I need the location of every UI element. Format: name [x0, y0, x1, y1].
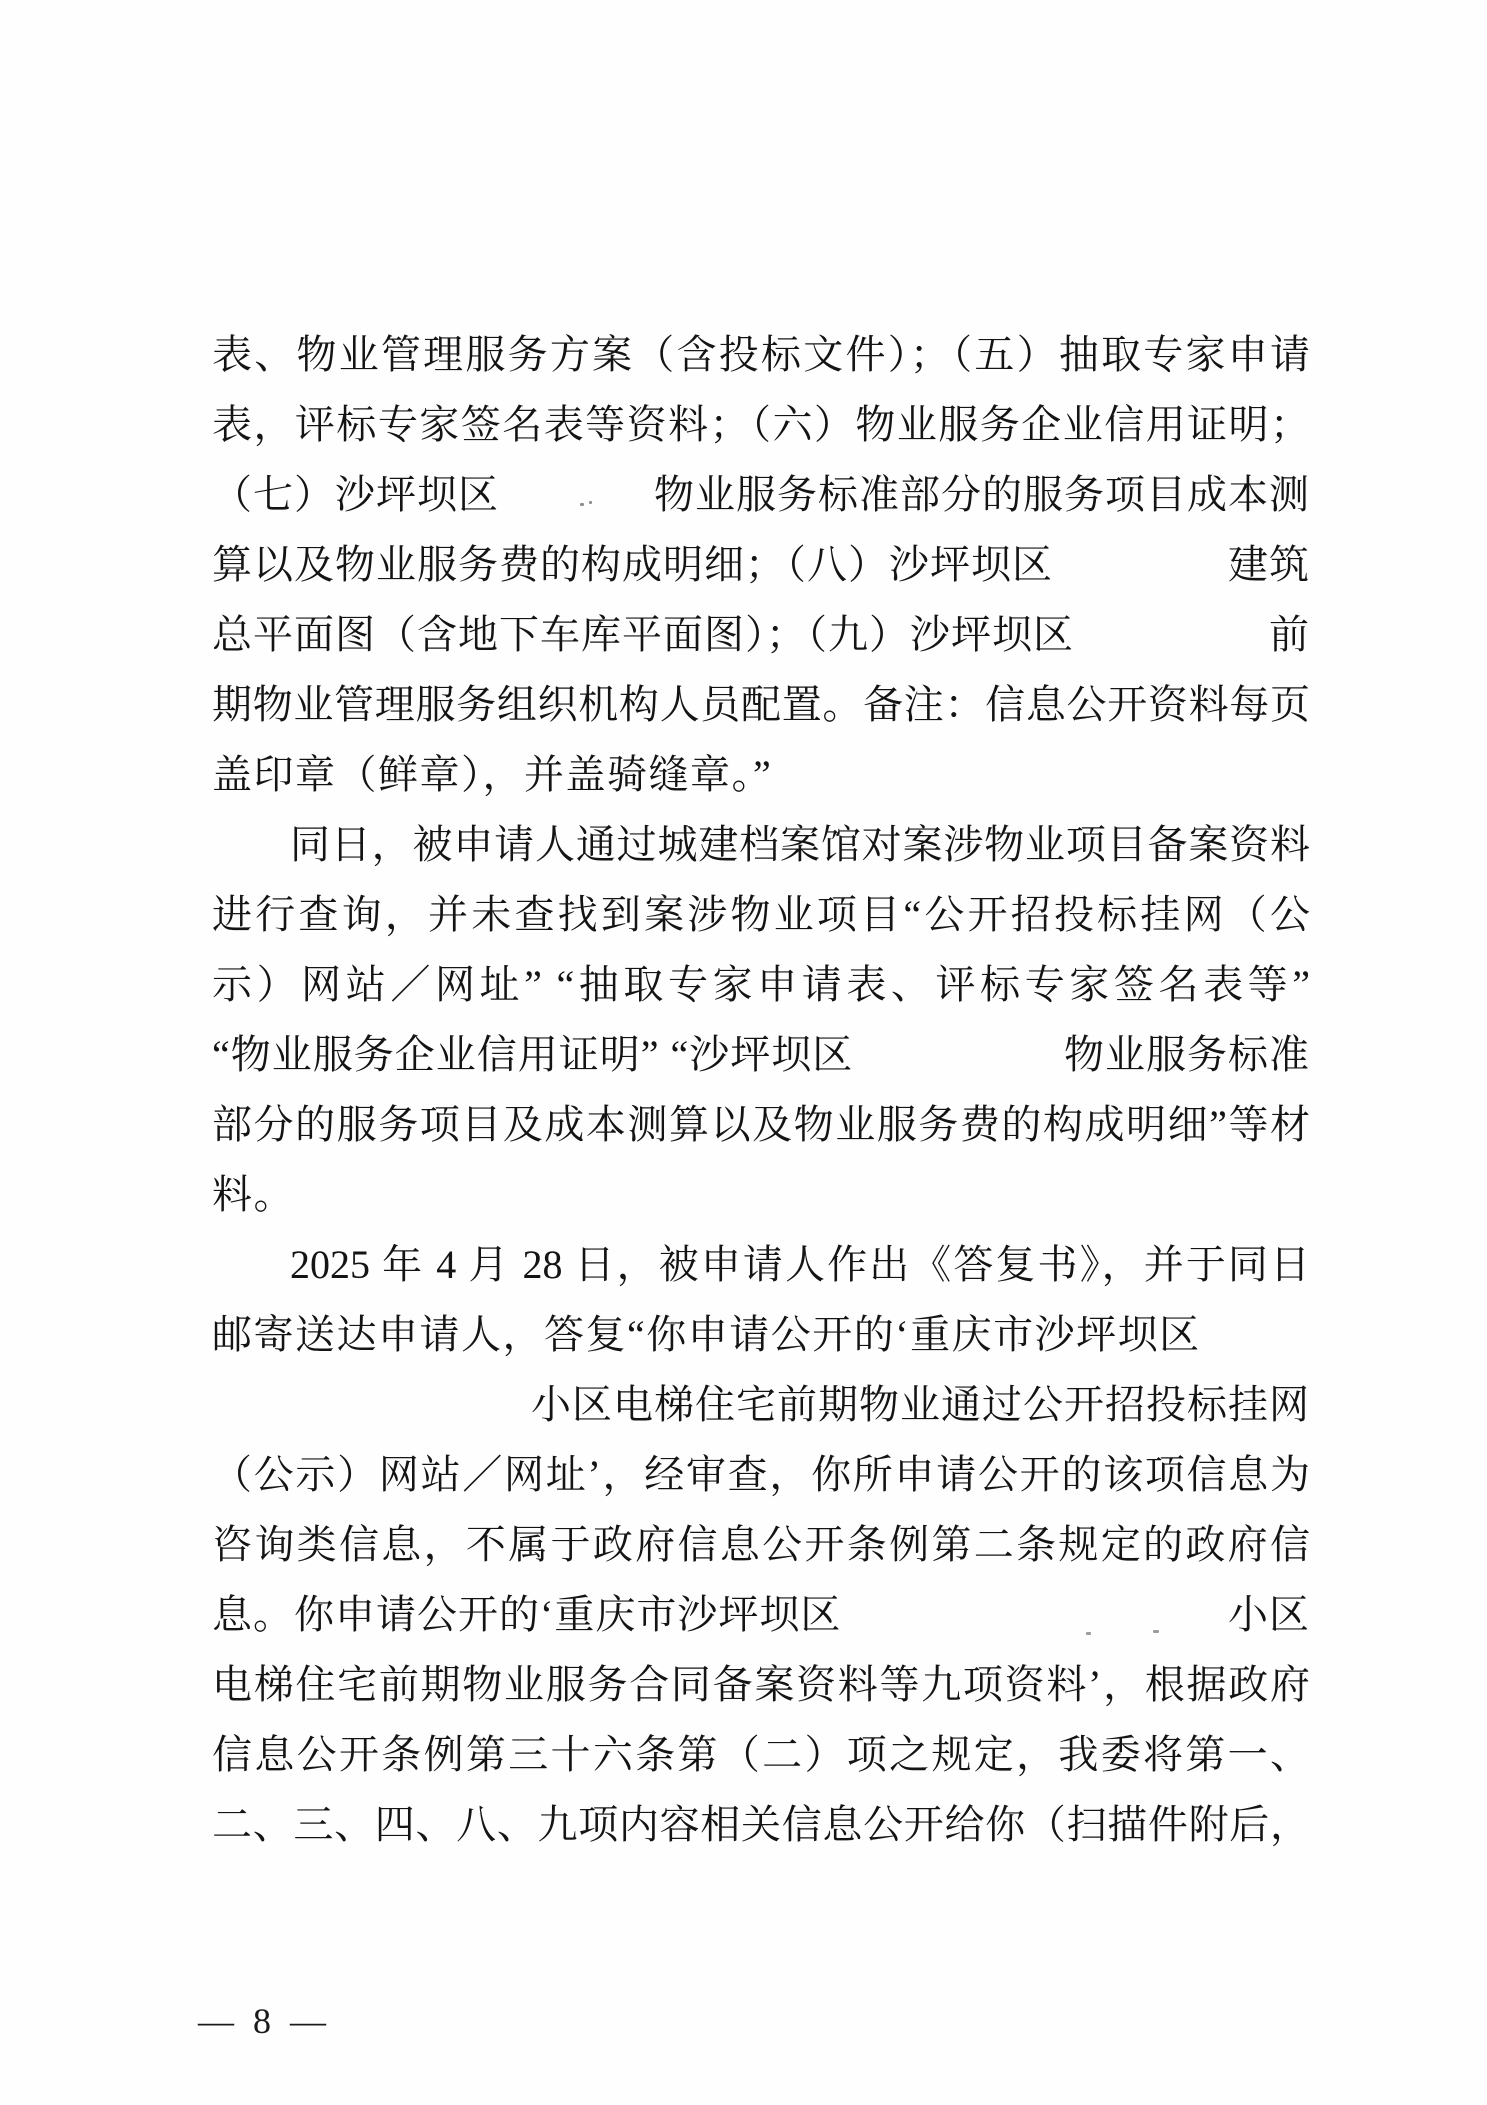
- document-line: 示）网站／网址” “抽取专家申请表、评标专家签名表等”: [212, 950, 1310, 1020]
- page-number: — 8 —: [198, 2000, 331, 2042]
- scan-artifact: [1153, 1630, 1159, 1633]
- document-line: 电梯住宅前期物业服务合同备案资料等九项资料’，根据政府: [212, 1650, 1310, 1720]
- document-line-paragraph-start: 同日，被申请人通过城建档案馆对案涉物业项目备案资料: [212, 810, 1310, 880]
- document-line: 料。: [212, 1160, 1310, 1230]
- document-line-redacted: 算以及物业服务费的构成明细；（八）沙坪坝区 建筑: [212, 530, 1310, 600]
- scan-artifact: [580, 503, 584, 506]
- document-line-redacted: “物业服务企业信用证明” “沙坪坝区 物业服务标准: [212, 1020, 1310, 1090]
- document-page: 表、物业管理服务方案（含投标文件）；（五）抽取专家申请 表，评标专家签名表等资料…: [0, 0, 1487, 2105]
- document-line: 表，评标专家签名表等资料；（六）物业服务企业信用证明；: [212, 390, 1310, 460]
- line-left-segment: （七）沙坪坝区: [212, 460, 499, 530]
- document-line-redacted: 小区电梯住宅前期物业通过公开招投标挂网: [212, 1370, 1310, 1440]
- document-body: 表、物业管理服务方案（含投标文件）；（五）抽取专家申请 表，评标专家签名表等资料…: [212, 320, 1310, 1860]
- line-right-segment: 小区电梯住宅前期物业通过公开招投标挂网: [531, 1370, 1310, 1440]
- line-left-segment: 息。你申请公开的‘重庆市沙坪坝区: [212, 1580, 841, 1650]
- line-right-segment: 物业服务标准: [1064, 1020, 1310, 1090]
- document-line: 盖印章（鲜章），并盖骑缝章。”: [212, 740, 1310, 810]
- line-right-segment: 前: [1269, 600, 1310, 670]
- scan-artifact: [1086, 1632, 1091, 1635]
- line-right-segment: 物业服务标准部分的服务项目成本测: [654, 460, 1310, 530]
- line-left-segment: 总平面图（含地下车库平面图）；（九）沙坪坝区: [212, 600, 1074, 670]
- document-line-redacted: （七）沙坪坝区 物业服务标准部分的服务项目成本测: [212, 460, 1310, 530]
- document-line: 二、三、四、八、九项内容相关信息公开给你（扫描件附后，: [212, 1790, 1310, 1860]
- document-line-redacted: 息。你申请公开的‘重庆市沙坪坝区 小区: [212, 1580, 1310, 1650]
- scan-artifact: [589, 501, 592, 504]
- document-line: 表、物业管理服务方案（含投标文件）；（五）抽取专家申请: [212, 320, 1310, 390]
- document-line: 信息公开条例第三十六条第（二）项之规定，我委将第一、: [212, 1720, 1310, 1790]
- line-right-segment: 小区: [1228, 1580, 1310, 1650]
- document-line: 部分的服务项目及成本测算以及物业服务费的构成明细”等材: [212, 1090, 1310, 1160]
- line-left-segment: 算以及物业服务费的构成明细；（八）沙坪坝区: [212, 530, 1053, 600]
- document-line-paragraph-start: 2025 年 4 月 28 日，被申请人作出《答复书》，并于同日: [212, 1230, 1310, 1300]
- document-line: 邮寄送达申请人，答复“你申请公开的‘重庆市沙坪坝区: [212, 1300, 1310, 1370]
- document-line: 咨询类信息，不属于政府信息公开条例第二条规定的政府信: [212, 1510, 1310, 1580]
- line-right-segment: 建筑: [1228, 530, 1310, 600]
- document-line: 期物业管理服务组织机构人员配置。备注：信息公开资料每页: [212, 670, 1310, 740]
- document-line: 进行查询，并未查找到案涉物业项目“公开招投标挂网（公: [212, 880, 1310, 950]
- document-line-redacted: 总平面图（含地下车库平面图）；（九）沙坪坝区 前: [212, 600, 1310, 670]
- document-line: （公示）网站／网址’，经审查，你所申请公开的该项信息为: [212, 1440, 1310, 1510]
- line-left-segment: “物业服务企业信用证明” “沙坪坝区: [212, 1020, 853, 1090]
